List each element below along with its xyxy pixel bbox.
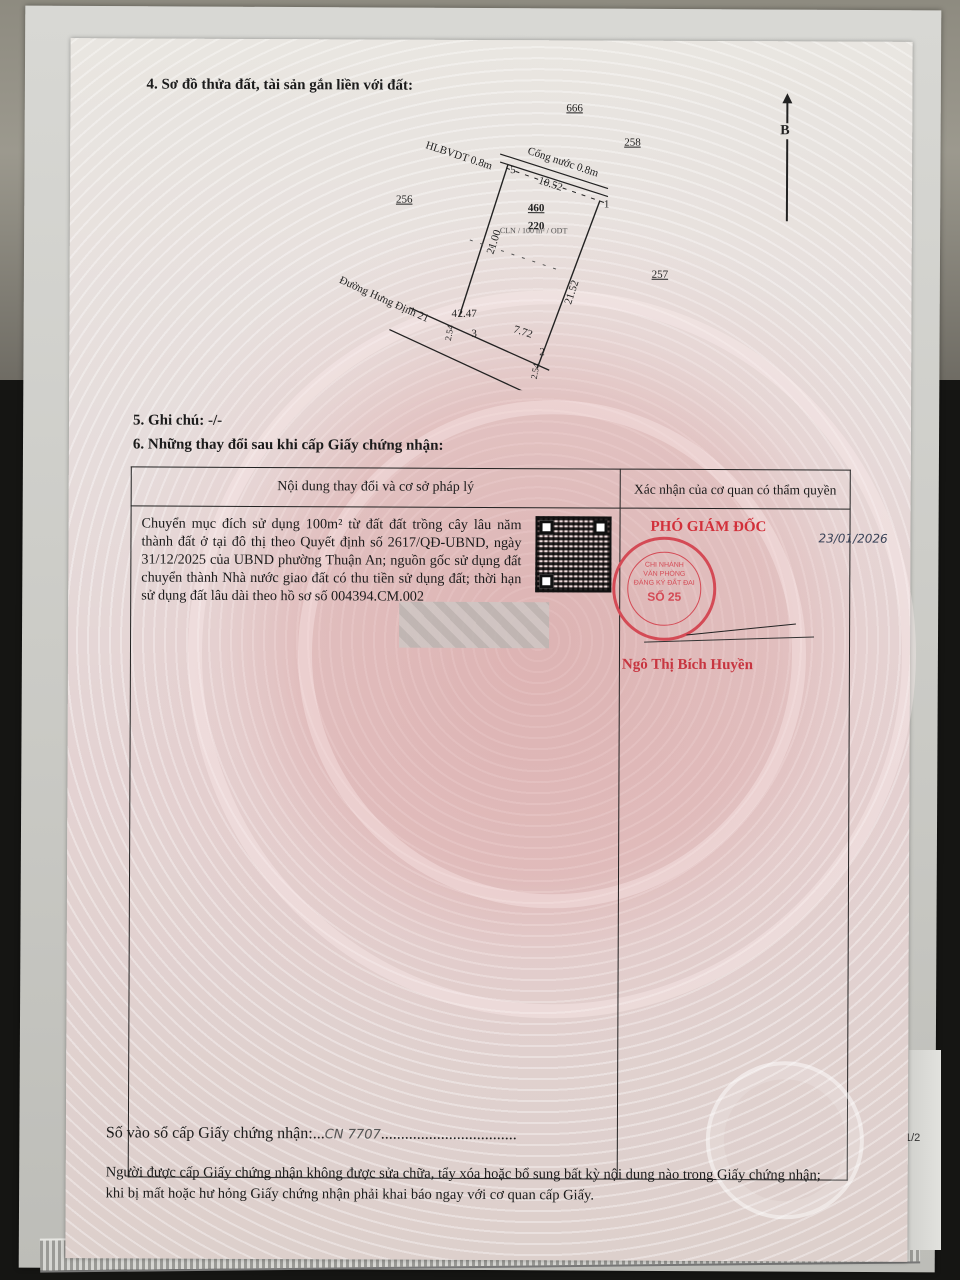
- section-5-notes: 5. Ghi chú: -/-: [133, 412, 222, 429]
- vertex-1: 1: [604, 198, 610, 210]
- north-arrow-icon: [786, 101, 789, 221]
- stamp-line-3: ĐĂNG KÝ ĐẤT ĐAI: [634, 580, 695, 587]
- redacted-area: [399, 602, 549, 649]
- stamp-line-2: VĂN PHÒNG: [643, 571, 685, 578]
- vertex-3: 3: [471, 328, 477, 340]
- signer-title: PHÓ GIÁM ĐỐC: [651, 519, 767, 537]
- north-label: B: [780, 123, 789, 139]
- vertex-5: 5: [510, 164, 516, 176]
- column-header-content: Nội dung thay đổi và cơ sở pháp lý: [131, 467, 620, 508]
- vertex-2: 2: [539, 346, 545, 358]
- section-6-title: 6. Những thay đổi sau khi cấp Giấy chứng…: [133, 436, 444, 454]
- registration-number-line: Số vào sổ cấp Giấy chứng nhận:...CN 7707…: [106, 1124, 517, 1144]
- column-header-confirmation: Xác nhận của cơ quan có thẩm quyền: [620, 469, 850, 509]
- registration-label: Số vào sổ cấp Giấy chứng nhận:: [106, 1124, 313, 1142]
- signer-name: Ngô Thị Bích Huyền: [622, 657, 753, 675]
- stamp-line-1: CHI NHÁNH: [645, 562, 684, 569]
- plot-outline: [329, 139, 690, 391]
- edge-bottom-left-length: 2.47: [457, 308, 476, 320]
- handwritten-date: 23/01/2026: [818, 531, 887, 545]
- land-certificate-page: 4. Sơ đồ thửa đất, tài sản gắn liền với …: [65, 38, 912, 1262]
- vertex-4: 4: [451, 308, 457, 320]
- section-4-title: 4. Sơ đồ thửa đất, tài sản gắn liền với …: [146, 77, 413, 95]
- registration-value: CN 7707: [325, 1127, 381, 1142]
- change-content-cell: Chuyển mục đích sử dụng 100m² từ đất đất…: [128, 506, 620, 1179]
- land-type-note: CLN / 100 m² / ODT: [500, 226, 568, 235]
- change-description: Chuyển mục đích sử dụng 100m² từ đất đất…: [141, 514, 521, 606]
- neighbor-plot-666: 666: [566, 102, 583, 114]
- qr-code: [535, 516, 611, 592]
- certificate-notice: Người được cấp Giấy chứng nhận không đượ…: [106, 1162, 826, 1207]
- plot-number: 460: [528, 202, 545, 214]
